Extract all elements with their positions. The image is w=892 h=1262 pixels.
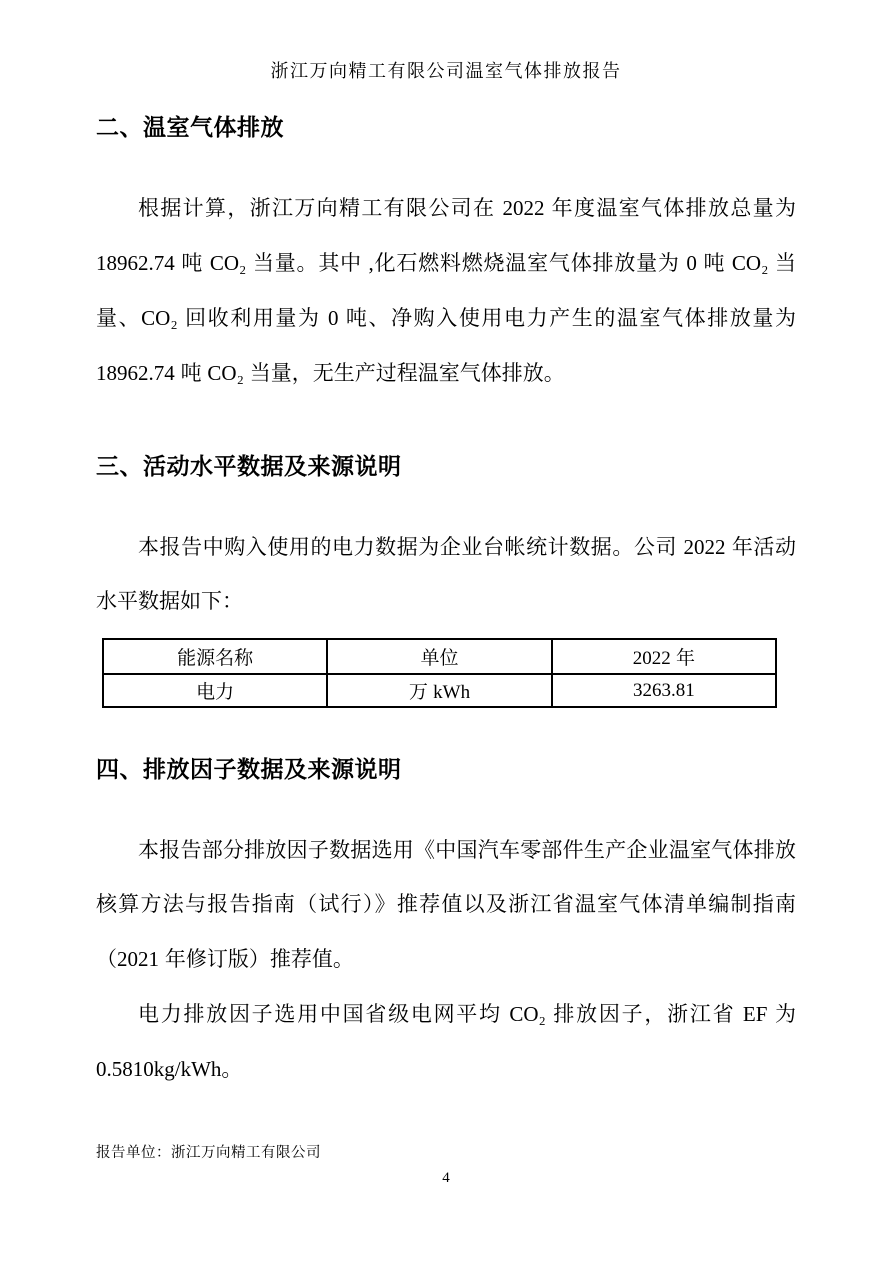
section-3-heading: 三、活动水平数据及来源说明 <box>96 450 796 482</box>
section-4-paragraph-2: 电力排放因子选用中国省级电网平均 CO₂ 排放因子，浙江省 EF 为 0.581… <box>96 987 796 1097</box>
cell-unit: 万 kWh <box>327 674 551 707</box>
table-row: 电力 万 kWh 3263.81 <box>103 674 776 707</box>
section-3-paragraph: 本报告中购入使用的电力数据为企业台帐统计数据。公司 2022 年活动水平数据如下… <box>96 520 796 629</box>
column-header-energy-name: 能源名称 <box>103 639 327 674</box>
page-header-title: 浙江万向精工有限公司温室气体排放报告 <box>96 58 796 84</box>
report-unit-footer: 报告单位：浙江万向精工有限公司 <box>96 1141 321 1162</box>
section-4-heading: 四、排放因子数据及来源说明 <box>96 753 796 785</box>
document-page: 浙江万向精工有限公司温室气体排放报告 二、温室气体排放 根据计算，浙江万向精工有… <box>0 0 892 1262</box>
section-4-paragraph-1: 本报告部分排放因子数据选用《中国汽车零部件生产企业温室气体排放核算方法与报告指南… <box>96 824 796 987</box>
section-2-heading: 二、温室气体排放 <box>96 111 796 143</box>
cell-energy-name: 电力 <box>103 674 327 707</box>
table-header-row: 能源名称 单位 2022 年 <box>103 639 776 674</box>
section-2-paragraph: 根据计算，浙江万向精工有限公司在 2022 年度温室气体排放总量为 18962.… <box>96 181 796 401</box>
column-header-unit: 单位 <box>327 639 551 674</box>
cell-value-2022: 3263.81 <box>552 674 776 707</box>
column-header-year-2022: 2022 年 <box>552 639 776 674</box>
page-number: 4 <box>0 1170 892 1187</box>
activity-data-table: 能源名称 单位 2022 年 电力 万 kWh 3263.81 <box>102 638 777 708</box>
